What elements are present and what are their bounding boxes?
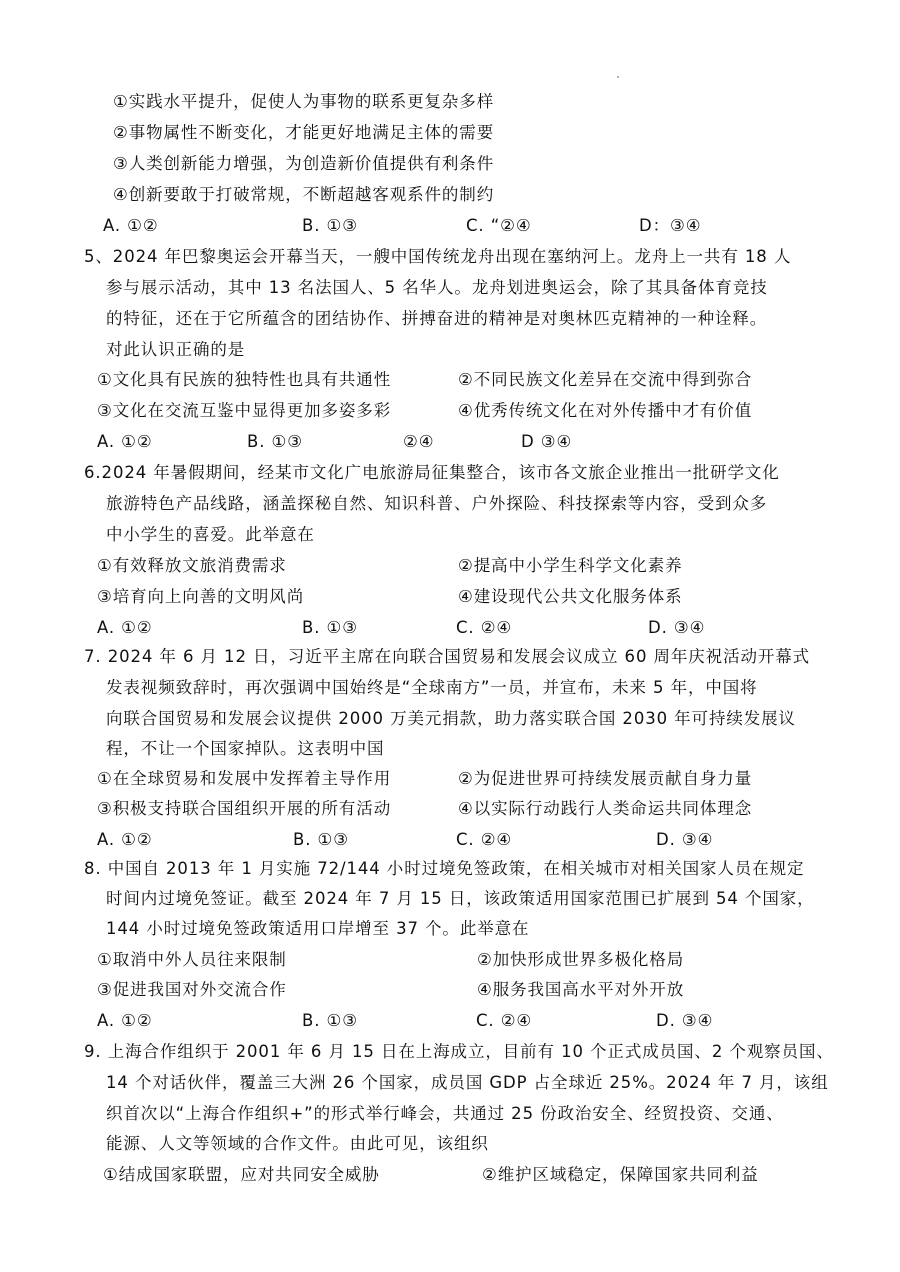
q7-answer-b: B. ①③ <box>293 829 349 851</box>
q7-option-1: ①在全球贸易和发展中发挥着主导作用 <box>97 768 391 790</box>
q8-stem-line-2: 时间内过境免签证。截至 2024 年 7 月 15 日，该政策适用国家范围已扩展… <box>106 888 815 910</box>
q4-answer-a: A. ①② <box>103 215 159 237</box>
q6-option-2: ②提高中小学生科学文化素养 <box>458 555 683 577</box>
q6-answer-a: A. ①② <box>97 617 153 639</box>
q6-answer-b: B. ①③ <box>302 617 358 639</box>
q5-stem-line-3: 的特征，还在于它所蕴含的团结协作、拼搏奋进的精神是对奥林匹克精神的一种诠释。 <box>106 308 767 330</box>
q7-stem-line-1: 7. 2024 年 6 月 12 日，习近平主席在向联合国贸易和发展会议成立 6… <box>84 646 810 668</box>
q5-option-4: ④优秀传统文化在对外传播中才有价值 <box>458 400 752 422</box>
q4-answer-d: D：③④ <box>639 215 701 237</box>
q8-answer-d: D. ③④ <box>656 1010 713 1032</box>
q4-option-3: ③人类创新能力增强，为创造新价值提供有利条件 <box>113 153 494 175</box>
q7-stem-line-2: 发表视频致辞时，再次强调中国始终是“全球南方”一员，并宣布，未来 5 年，中国将 <box>106 677 758 699</box>
q6-stem-line-1: 6.2024 年暑假期间，经某市文化广电旅游局征集整合，该市各文旅企业推出一批研… <box>84 462 780 484</box>
q4-answer-b: B. ①③ <box>302 215 358 237</box>
q6-answer-d: D. ③④ <box>648 617 705 639</box>
q6-stem-line-3: 中小学生的喜爱。此举意在 <box>106 524 315 546</box>
q5-answer-d: D ③④ <box>521 431 572 453</box>
q7-stem-line-3: 向联合国贸易和发展会议提供 2000 万美元捐款，助力落实联合国 2030 年可… <box>106 708 796 730</box>
q4-answer-c: C. “②④ <box>466 215 532 237</box>
q6-option-3: ③培育向上向善的文明风尚 <box>97 586 304 608</box>
q5-option-3: ③文化在交流互鉴中显得更加多姿多彩 <box>97 400 391 422</box>
q7-answer-c: C. ②④ <box>456 829 512 851</box>
q6-option-1: ①有效释放文旅消费需求 <box>97 555 287 577</box>
q8-option-3: ③促进我国对外交流合作 <box>97 979 287 1001</box>
q5-stem-line-2: 参与展示活动，其中 13 名法国人、5 名华人。龙舟划进奥运会，除了其具备体育竞… <box>106 277 768 299</box>
q8-stem-line-1: 8. 中国自 2013 年 1 月实施 72/144 小时过境免签政策，在相关城… <box>84 858 804 880</box>
q9-option-2: ②维护区域稳定，保障国家共同利益 <box>482 1164 759 1186</box>
q9-stem-line-3: 织首次以“上海合作组织+”的形式举行峰会，共通过 25 份政治安全、经贸投资、交… <box>106 1103 784 1125</box>
q7-option-3: ③积极支持联合国组织开展的所有活动 <box>97 798 391 820</box>
q9-stem-line-4: 能源、人文等领域的合作文件。由此可见，该组织 <box>106 1133 489 1155</box>
q7-answer-a: A. ①② <box>97 829 153 851</box>
q6-option-4: ④建设现代公共文化服务体系 <box>458 586 683 608</box>
q8-answer-c: C. ②④ <box>476 1010 532 1032</box>
q8-answer-a: A. ①② <box>97 1010 153 1032</box>
q5-option-1: ①文化具有民族的独特性也具有共通性 <box>97 369 391 391</box>
q4-option-4: ④创新要敢于打破常规，不断超越客观系件的制约 <box>113 184 494 206</box>
q8-option-2: ②加快形成世界多极化格局 <box>477 949 684 971</box>
q9-stem-line-2: 14 个对话伙伴，覆盖三大洲 26 个国家，成员国 GDP 占全球近 25%。2… <box>106 1072 829 1094</box>
q9-option-1: ①结成国家联盟，应对共同安全威胁 <box>103 1164 380 1186</box>
scan-speck <box>617 76 619 78</box>
q5-answer-b: B. ①③ <box>247 431 303 453</box>
q5-answer-a: A. ①② <box>97 431 153 453</box>
q4-option-2: ②事物属性不断变化，才能更好地满足主体的需要 <box>113 122 494 144</box>
q4-option-1: ①实践水平提升，促使人为事物的联系更复杂多样 <box>113 91 494 113</box>
q9-stem-line-1: 9. 上海合作组织于 2001 年 6 月 15 日在上海成立，目前有 10 个… <box>84 1041 834 1063</box>
q7-option-2: ②为促进世界可持续发展贡献自身力量 <box>458 768 752 790</box>
q8-option-4: ④服务我国高水平对外开放 <box>477 979 684 1001</box>
q7-stem-line-4: 程，不让一个国家掉队。这表明中国 <box>106 738 384 760</box>
q8-answer-b: B. ①③ <box>302 1010 358 1032</box>
q6-answer-c: C. ②④ <box>456 617 512 639</box>
q8-stem-line-3: 144 小时过境免签政策适用口岸增至 37 个。此举意在 <box>106 918 529 940</box>
q7-answer-d: D. ③④ <box>656 829 713 851</box>
q5-option-2: ②不同民族文化差异在交流中得到弥合 <box>458 369 752 391</box>
q7-option-4: ④以实际行动践行人类命运共同体理念 <box>458 798 752 820</box>
q5-answer-c: ②④ <box>403 431 434 453</box>
q5-stem-line-4: 对此认识正确的是 <box>106 339 245 361</box>
q8-option-1: ①取消中外人员往来限制 <box>97 949 287 971</box>
q5-stem-line-1: 5、2024 年巴黎奥运会开幕当天，一艘中国传统龙舟出现在塞纳河上。龙舟上一共有… <box>84 246 791 268</box>
q6-stem-line-2: 旅游特色产品线路，涵盖探秘自然、知识科普、户外探险、科技探索等内容，受到众多 <box>106 493 767 515</box>
